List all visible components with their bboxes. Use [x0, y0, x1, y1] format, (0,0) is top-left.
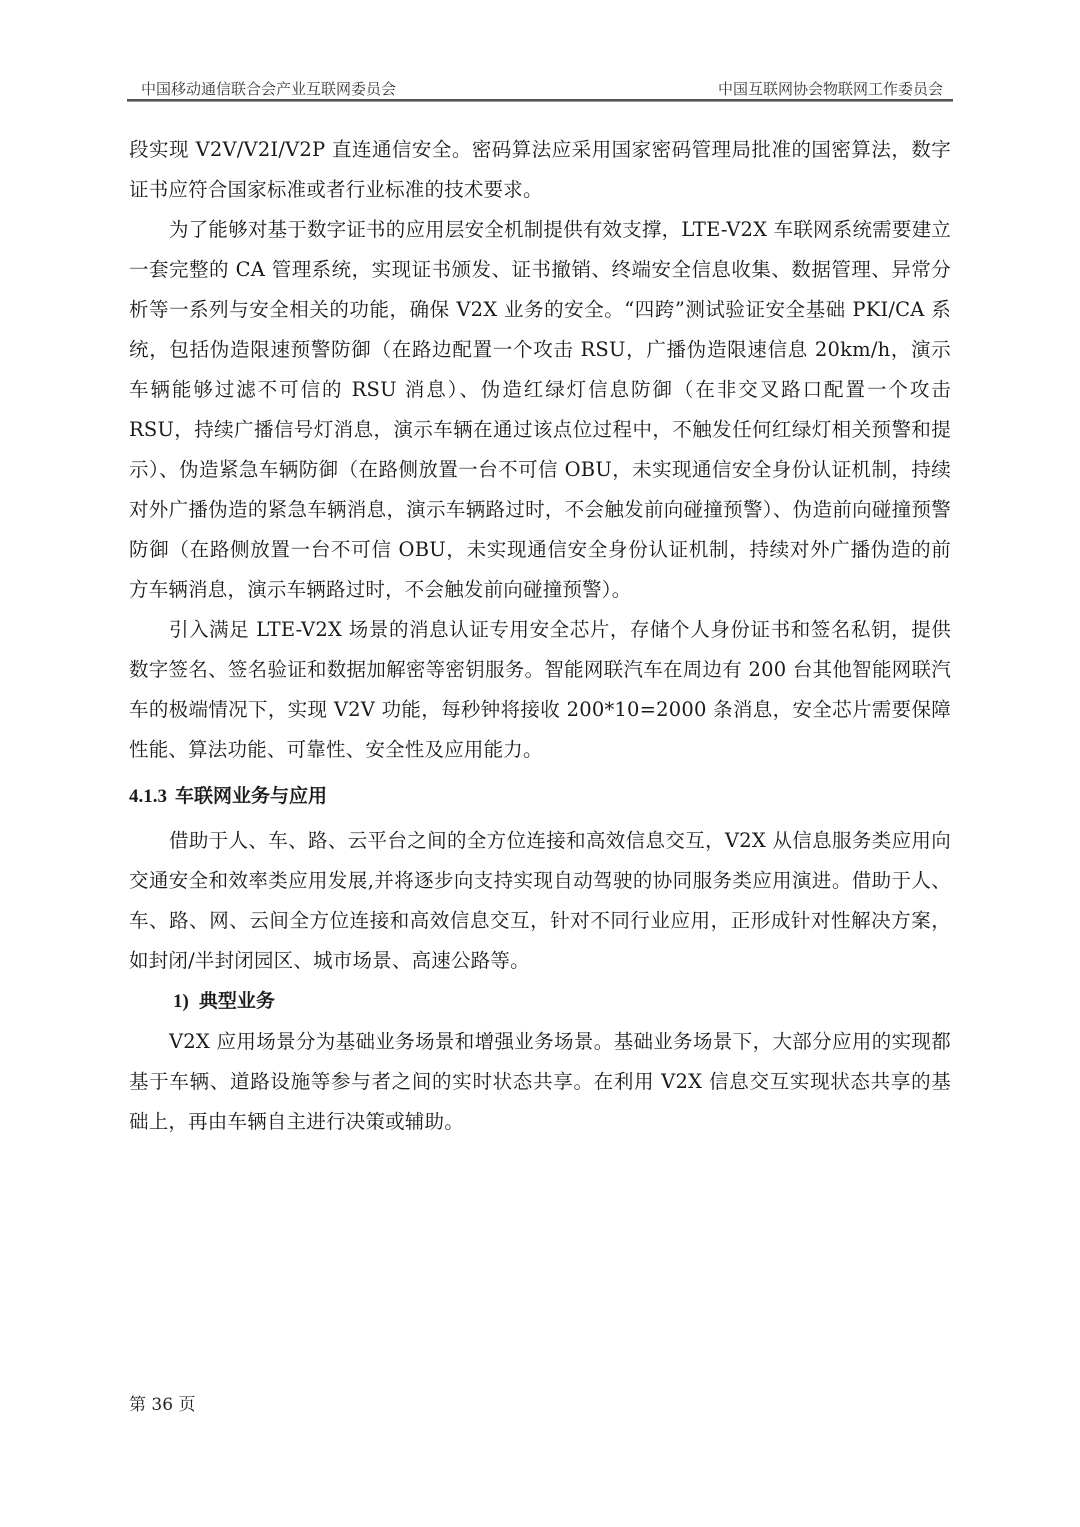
header-right-org: 中国互联网协会物联网工作委员会 — [718, 78, 943, 99]
section-title: 车联网业务与应用 — [175, 785, 327, 807]
header-divider — [127, 99, 953, 102]
header-left-org: 中国移动通信联合会产业互联网委员会 — [141, 78, 396, 99]
section-number: 4.1.3 — [129, 786, 167, 807]
subsection-heading: 1)典型业务 — [129, 981, 951, 1022]
paragraph-security-chip: 引入满足 LTE-V2X 场景的消息认证专用安全芯片，存储个人身份证书和签名私钥… — [129, 610, 951, 770]
subsection-number: 1) — [173, 991, 189, 1012]
page-number: 第 36 页 — [129, 1390, 195, 1415]
paragraph-v2x-services: 借助于人、车、路、云平台之间的全方位连接和高效信息交互，V2X 从信息服务类应用… — [129, 821, 951, 981]
subsection-title: 典型业务 — [199, 990, 275, 1012]
paragraph-ca-system: 为了能够对基于数字证书的应用层安全机制提供有效支撑，LTE-V2X 车联网系统需… — [129, 210, 951, 610]
paragraph-continued: 段实现 V2V/V2I/V2P 直连通信安全。密码算法应采用国家密码管理局批准的… — [129, 130, 951, 210]
page-header: 中国移动通信联合会产业互联网委员会 中国互联网协会物联网工作委员会 — [127, 76, 953, 100]
paragraph-typical-services: V2X 应用场景分为基础业务场景和增强业务场景。基础业务场景下，大部分应用的实现… — [129, 1022, 951, 1142]
section-heading: 4.1.3车联网业务与应用 — [129, 776, 951, 817]
page-body: 段实现 V2V/V2I/V2P 直连通信安全。密码算法应采用国家密码管理局批准的… — [129, 130, 951, 1142]
